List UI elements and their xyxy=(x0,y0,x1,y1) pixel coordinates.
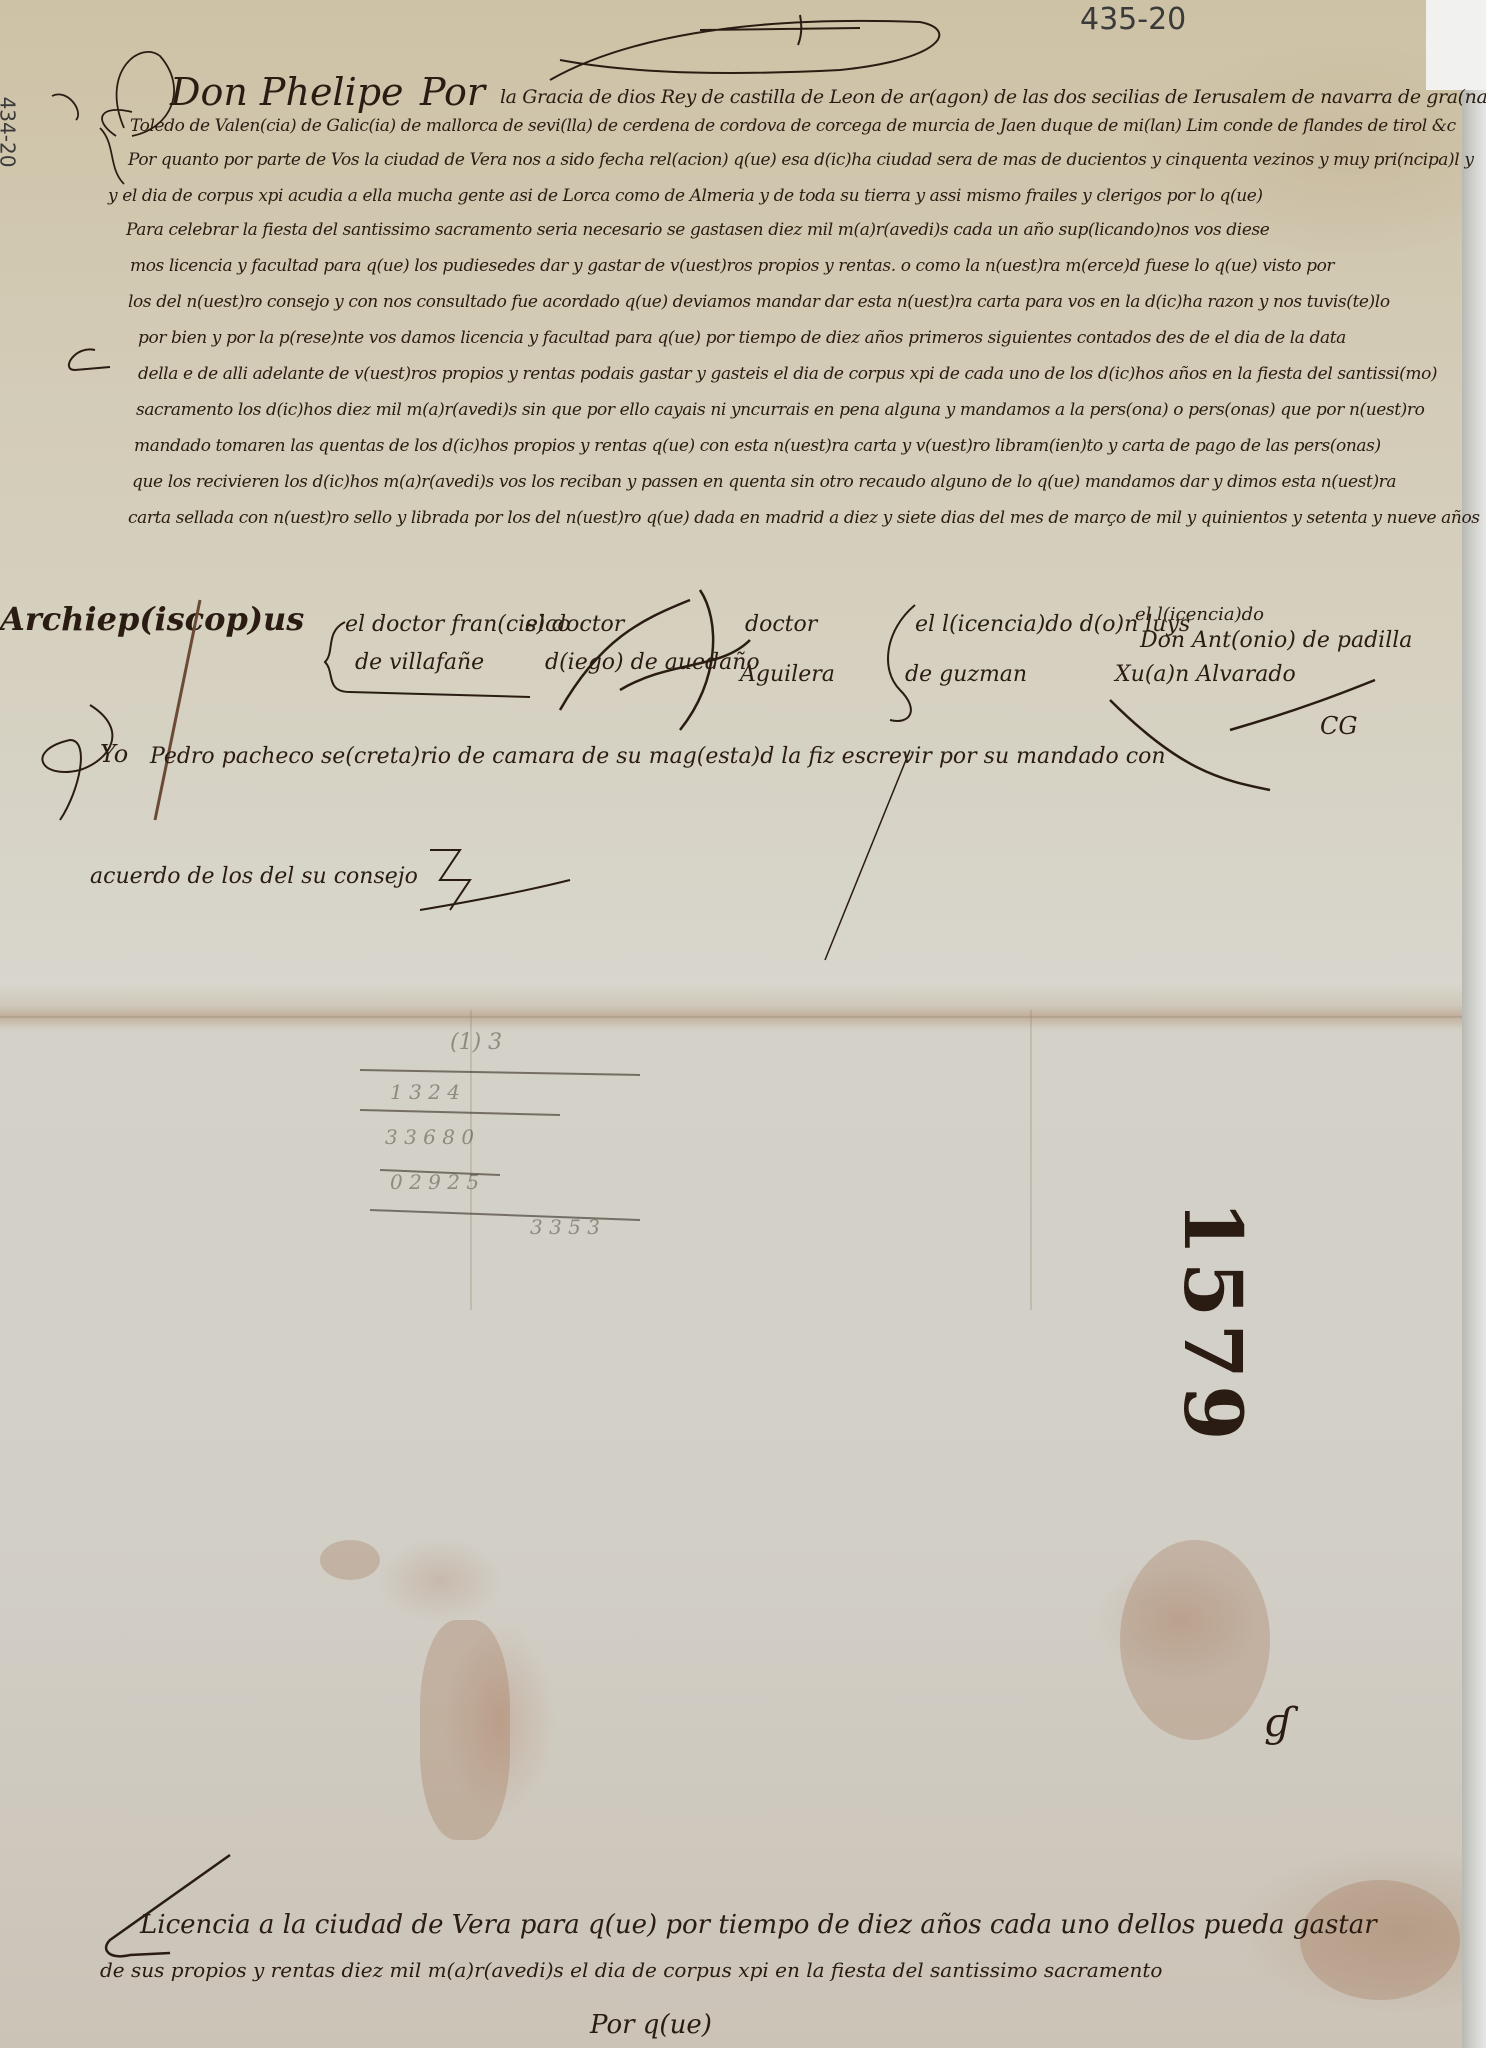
endorsement-line-1: Licencia a la ciudad de Vera para q(ue) … xyxy=(140,1910,1377,1940)
secretary-rubric xyxy=(400,840,600,920)
scan-background-corner xyxy=(1426,0,1486,90)
attestation-line-1: Pedro pacheco se(creta)rio de camara de … xyxy=(150,744,1166,769)
margin-check-mark xyxy=(55,345,115,375)
small-paragraph-mark: ɠ xyxy=(1265,1700,1292,1746)
body-line-10: mandado tomaren las quentas de los d(ic)… xyxy=(134,436,1381,456)
long-pen-stroke xyxy=(150,600,230,830)
long-descender xyxy=(820,730,920,970)
attestation-initial: Yo xyxy=(100,740,128,768)
endorsement-line-3: Por q(ue) xyxy=(590,2010,712,2040)
body-line-1: Toledo de Valen(cia) de Galic(ia) de mal… xyxy=(130,116,1456,136)
corner-mark-cg: CG xyxy=(1320,712,1358,740)
attestation-line-2: acuerdo de los del su consejo xyxy=(90,864,418,889)
signature-aguilera-line1: doctor xyxy=(745,612,817,637)
body-line-8: della e de alli adelante de v(uest)ros p… xyxy=(138,364,1437,384)
water-stain xyxy=(1120,1540,1270,1740)
water-stain xyxy=(1300,1880,1460,2000)
accounts-row: (1) 3 xyxy=(450,1030,502,1055)
body-line-11: que los recivieren los d(ic)hos m(a)r(av… xyxy=(132,472,1396,492)
folio-number: 1579 xyxy=(1166,1200,1260,1447)
body-line-12: carta sellada con n(uest)ro sello y libr… xyxy=(128,508,1480,528)
opening-por: Por xyxy=(420,70,485,114)
horizontal-fold-line xyxy=(0,1005,1462,1029)
body-line-3: y el dia de corpus xpi acudia a ella muc… xyxy=(108,186,1263,206)
signature-g-loop xyxy=(880,600,940,730)
signature-padilla-line1: el l(icencia)do xyxy=(1135,604,1264,625)
body-line-5: mos licencia y facultad para q(ue) los p… xyxy=(130,256,1334,276)
water-stain xyxy=(320,1540,380,1580)
top-flourish xyxy=(540,10,940,80)
signature-aguilera-line2: Aguilera xyxy=(740,662,835,687)
water-stain xyxy=(420,1620,510,1840)
accounts-rules xyxy=(360,1060,760,1260)
opening-salutation: Don Phelipe xyxy=(170,70,404,114)
body-line-2: Por quanto por parte de Vos la ciudad de… xyxy=(128,150,1474,170)
body-line-4: Para celebrar la fiesta del santissimo s… xyxy=(126,220,1269,240)
signature-flourish xyxy=(520,580,760,740)
body-line-6: los del n(uest)ro consejo y con nos cons… xyxy=(128,292,1390,312)
margin-catalog-number: 434-20 xyxy=(0,97,19,168)
endorsement-line-2: de sus propios y rentas diez mil m(a)r(a… xyxy=(100,1958,1162,1982)
signature-padilla-line2: Don Ant(onio) de padilla xyxy=(1140,628,1412,653)
royal-titles-line: la Gracia de dios Rey de castilla de Leo… xyxy=(500,86,1486,108)
catalog-number: 435-20 xyxy=(1080,2,1186,37)
vertical-crease xyxy=(1030,1010,1032,1310)
body-line-9: sacramento los d(ic)hos diez mil m(a)r(a… xyxy=(136,400,1424,420)
signature-bracket xyxy=(320,612,550,702)
aged-paper-tint xyxy=(0,0,1462,990)
scan-background-edge xyxy=(1462,0,1486,2048)
body-line-7: por bien y por la p(rese)nte vos damos l… xyxy=(138,328,1346,348)
